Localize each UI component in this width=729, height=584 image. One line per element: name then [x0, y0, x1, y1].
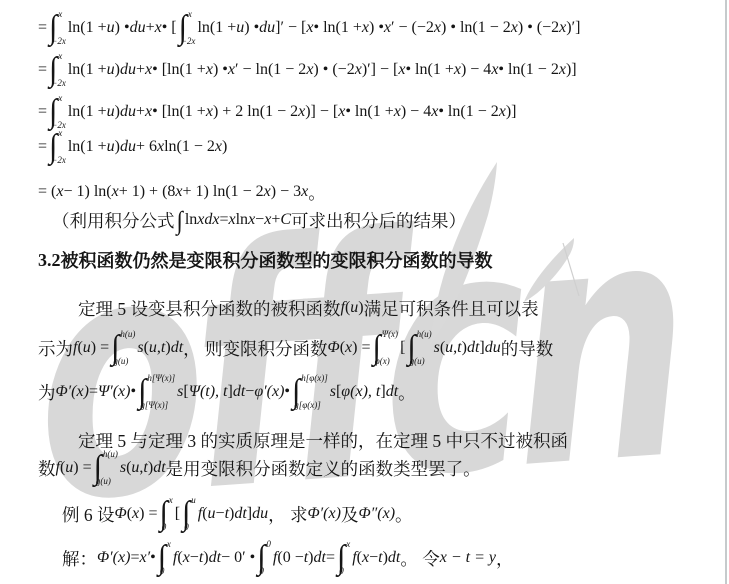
integral-sign: ∫x0 [158, 539, 171, 578]
integral-sign: ∫ [177, 209, 183, 232]
integral-sign: ∫00 [257, 539, 271, 578]
integral-sign: ∫h(u)g(u) [94, 449, 118, 488]
equation-line-3: = ∫x−2xln(1 + u)du + x • [ln(1 + x) + 2 … [38, 92, 516, 132]
integral-sign: ∫x−2x [179, 9, 196, 48]
theorem5-line-2: 示为 f(u) = ∫h(u)g(u)s(u,t)dt， 则变限积分函数 Φ(x… [38, 328, 553, 368]
integral-sign: ∫x−2x [49, 9, 66, 48]
section-heading: 3.2 被积函数仍然是变限积分函数型的变限积分函数的导数 [38, 240, 493, 280]
document-page: offcn = ∫x−2xln(1 + u) • du + x • [∫x−2x… [0, 0, 729, 584]
equation-line-2: = ∫x−2xln(1 + u)du + x • [ln(1 + x) • x′… [38, 50, 577, 90]
remark-line-2: 数 f(u) = ∫h(u)g(u)s(u,t)dt 是用变限积分函数定义的函数… [38, 448, 481, 488]
integral-sign: ∫x−2x [49, 93, 66, 132]
integral-sign: ∫h[φ(x)]g[φ(x)] [292, 373, 328, 412]
integral-sign: ∫x−2x [49, 128, 66, 167]
example6-line: 例 6 设 Φ(x) = ∫x0[∫u0f(u − t)dt]du， 求 Φ′(… [62, 494, 413, 534]
integral-sign: ∫u0 [182, 495, 196, 534]
equation-line-1: = ∫x−2xln(1 + u) • du + x • [∫x−2xln(1 +… [38, 8, 580, 48]
solution-line: 解： Φ′(x) = x′ • ∫x0f(x − t)dt − 0′ • ∫00… [62, 538, 513, 578]
integral-sign: ∫x−2x [49, 51, 66, 90]
integral-sign: ∫h[Ψ(x)]g[Ψ(x)] [138, 373, 175, 412]
theorem5-line-1: 定理 5 设变县积分函数的被积函数 f(u) 满足可积条件且可以表 [78, 288, 539, 328]
integral-sign: ∫x0 [337, 539, 350, 578]
equation-line-4: = ∫x−2xln(1 + u)du + 6x ln(1 − 2x) [38, 127, 227, 167]
theorem5-line-3: 为 Φ′(x) = Ψ′(x) • ∫h[Ψ(x)]g[Ψ(x)]s[Ψ(t),… [38, 372, 416, 412]
integral-sign: ∫Ψ(x)φ(x) [373, 329, 399, 368]
integral-sign: ∫x0 [159, 495, 172, 534]
page-edge-line [725, 0, 727, 584]
note-line: （利用积分公式∫ln xdx = x ln x − x + C可求出积分后的结果… [52, 200, 466, 240]
integral-sign: ∫h(u)g(u) [111, 329, 135, 368]
integral-sign: ∫h(u)g(u) [407, 329, 431, 368]
